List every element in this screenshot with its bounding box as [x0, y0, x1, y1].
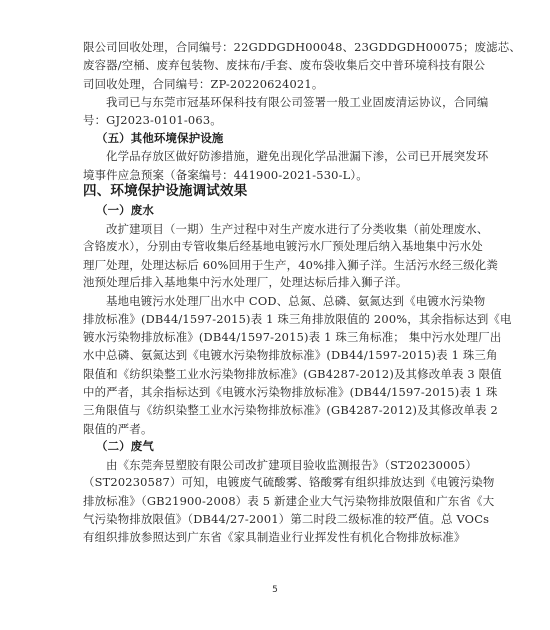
paragraph-line: 号：GJ2023-0101-063。: [83, 112, 467, 128]
section-heading-wastewater: （一）废水: [96, 202, 480, 218]
paragraph-line: 由《东莞奔昱塑胶有限公司改扩建项目验收监测报告》（ST20230005）: [106, 457, 467, 473]
paragraph-line: 中的严者，其余指标达到《电镀水污染物排放标准》(DB44/1597-2015)表…: [83, 384, 467, 400]
chapter-heading-debugging-effects: 四、环境保护设施调试效果: [83, 183, 467, 199]
paragraph-line: 镀水污染物排放标准》(DB44/1597-2015)表 1 珠三角标准； 集中污…: [83, 329, 467, 345]
paragraph-line: 司回收处理，合同编号：ZP-20220624021。: [83, 76, 467, 92]
paragraph-line: 水中总磷、氨氮达到《电镀水污染物排放标准》(DB44/1597-2015)表 1…: [83, 347, 467, 363]
paragraph-line: 基地电镀污水处理厂出水中 COD、总氮、总磷、氨氮达到《电镀水污染物: [106, 293, 467, 309]
section-heading-other-protection: （五）其他环境保护设施: [96, 130, 480, 146]
paragraph-line: 排放标准》(DB44/1597-2015)表 1 珠三角排放限值的 200%，其…: [83, 311, 467, 327]
document-page: 限公司回收处理，合同编号：22GDDGDH00048、23GDDGDH00075…: [0, 0, 550, 630]
paragraph-line: 我司已与东莞市冠基环保科技有限公司签署一般工业固废清运协议，合同编: [106, 94, 467, 110]
paragraph-line: 三角限值与《纺织染整工业水污染物排放标准》(GB4287-2012)及其修改单表…: [83, 402, 467, 418]
section-heading-waste-gas: （二）废气: [96, 438, 480, 454]
paragraph-line: 排放标准》（GB21900-2008）表 5 新建企业大气污染物排放限值和广东省…: [83, 493, 467, 509]
paragraph-line: 限公司回收处理，合同编号：22GDDGDH00048、23GDDGDH00075…: [83, 39, 467, 55]
page-number: 5: [0, 585, 550, 595]
paragraph-line: 池预处理后排入基地集中污水处理厂，处理达标后排入狮子洋。: [83, 274, 467, 290]
paragraph-line: 含铬废水），分别由专管收集后经基地电镀污水厂预处理后纳入基地集中污水处: [83, 238, 467, 254]
paragraph-line: 废容器/空桶、废弃包装物、废抹布/手套、废布袋收集后交中普环境科技有限公: [83, 57, 467, 73]
paragraph-line: （ST20230587）可知，电镀废气硫酸雾、铬酸雾有组织排放达到《电镀污染物: [83, 474, 467, 490]
paragraph-line: 有组织排放参照达到广东省《家具制造业行业挥发性有机化合物排放标准》: [83, 529, 467, 545]
paragraph-line: 理厂处理，处理达标后 60%回用于生产，40%排入狮子洋。生活污水经三级化粪: [83, 257, 467, 273]
paragraph-line: 气污染物排放限值》（DB44/27-2001）第二时段二级标准的较严值。总 VO…: [83, 511, 467, 527]
paragraph-line: 限值和《纺织染整工业水污染物排放标准》(GB4287-2012)及其修改单表 3…: [83, 366, 467, 382]
paragraph-line: 改扩建项目（一期）生产过程中对生产废水进行了分类收集（前处理废水、: [106, 221, 467, 237]
paragraph-line: 限值的严者。: [83, 421, 467, 437]
paragraph-line: 境事件应急预案（备案编号：441900-2021-530-L）。: [83, 167, 467, 183]
paragraph-line: 化学品存放区做好防渗措施，避免出现化学品泄漏下渗，公司已开展突发环: [106, 148, 467, 164]
